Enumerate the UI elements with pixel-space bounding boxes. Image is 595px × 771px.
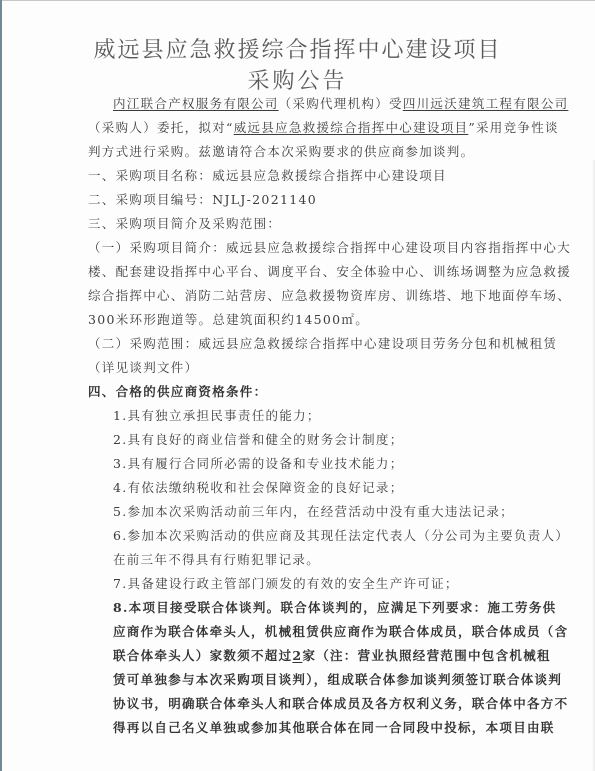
document-title: 威远县应急救援综合指挥中心建设项目 bbox=[0, 33, 595, 64]
section-3-sub2-line: （详见谈判文件） bbox=[88, 360, 198, 376]
section-3-sub1-line: 楼、配套建设指挥中心平台、调度平台、安全体验中心、训练场调整为应急救援 bbox=[88, 264, 571, 280]
section-3-sub1-line: 综合指挥中心、消防二站营房、应急救援物资库房、训练塔、地下地面停车场、 bbox=[88, 288, 571, 304]
intro-line-3: 判方式进行采购。兹邀请符合本次采购要求的供应商参加谈判。 bbox=[88, 144, 474, 160]
qualification-item: 3.具有履行合同所必需的设备和专业技术能力； bbox=[113, 456, 404, 472]
qualification-item: 4.有依法缴纳税收和社会保障资金的良好记录； bbox=[113, 480, 404, 496]
section-3-sub2-line: （二）采购范围：威远县应急救援综合指挥中心建设项目劳务分包和机械租赁 bbox=[88, 336, 557, 352]
project-name-link: 威远县应急救援综合指挥中心建设项目 bbox=[234, 120, 469, 135]
intro-prefix: （采购人）委托，拟对“ bbox=[88, 120, 234, 135]
section-3-sub1-line: （一）采购项目简介：威远县应急救援综合指挥中心建设项目内容指指挥中心大 bbox=[88, 240, 571, 256]
qualification-item: 1.具有独立承担民事责任的能力； bbox=[113, 408, 321, 424]
item8-line: 8.本项目接受联合体谈判。联合体谈判的，应满足下列要求：施工劳务供 bbox=[113, 600, 556, 616]
section-3-heading: 三、采购项目简介及采购范围： bbox=[88, 216, 281, 232]
section-3-sub1-line: 300米环形跑道等。总建筑面积约14500㎡。 bbox=[88, 312, 369, 328]
section-4-heading: 四、合格的供应商资格条件： bbox=[88, 384, 267, 400]
intro-line-2: （采购人）委托，拟对“威远县应急救援综合指挥中心建设项目”采用竞争性谈 bbox=[88, 120, 559, 136]
qualification-item: 2.具有良好的商业信誉和健全的财务会计制度； bbox=[113, 432, 404, 448]
item8-line: 赁可单独参与本次采购项目谈判），组成联合体参加谈判须签订联合体谈判 bbox=[113, 672, 562, 688]
document-subtitle: 采购公告 bbox=[0, 64, 595, 95]
item8-count-prefix: 联合体牵头人）家数须不超过 bbox=[113, 648, 292, 663]
item8-line: 联合体牵头人）家数须不超过2家（注：营业执照经营范围中包含机械租 bbox=[113, 648, 551, 664]
qualification-item: 5.参加本次采购活动前三年内，在经营活动中没有重大违法记录； bbox=[113, 504, 514, 520]
item8-line: 应商作为联合体牵头人，机械租赁供应商作为联合体成员，联合体成员（含 bbox=[113, 624, 568, 640]
intro-line-1: 内江联合产权服务有限公司（采购代理机构）受四川远沃建筑工程有限公司 bbox=[113, 96, 568, 112]
qualification-item: 6.参加本次采购活动的供应商及其现任法定代表人（分公司为主要负责人） bbox=[113, 528, 569, 544]
max-members-value: 2 bbox=[292, 648, 302, 663]
document-page: 威远县应急救援综合指挥中心建设项目 采购公告 内江联合产权服务有限公司（采购代理… bbox=[0, 0, 595, 771]
qualification-item: 7.具备建设行政主管部门颁发的有效的安全生产许可证； bbox=[113, 576, 459, 592]
section-2-project-number: 二、采购项目编号：NJLJ-2021140 bbox=[88, 192, 317, 208]
agency-role: （采购代理机构）受 bbox=[279, 96, 403, 111]
section-1-project-name: 一、采购项目名称：威远县应急救援综合指挥中心建设项目 bbox=[88, 168, 447, 184]
item8-line: 得再以自己名义单独或参加其他联合体在同一合同段中投标，本项目由联 bbox=[113, 720, 555, 736]
agency-name: 内江联合产权服务有限公司 bbox=[113, 96, 279, 111]
item8-line: 协议书，明确联合体牵头人和联合体成员及各方权利义务，联合体中各方不 bbox=[113, 696, 568, 712]
item8-count-suffix: 家（注：营业执照经营范围中包含机械租 bbox=[302, 648, 550, 663]
purchaser-name: 四川远沃建筑工程有限公司 bbox=[403, 96, 569, 111]
intro-suffix: ”采用竞争性谈 bbox=[468, 120, 559, 135]
qualification-item-continued: 在前三年不得具有行贿犯罪记录。 bbox=[113, 552, 320, 568]
